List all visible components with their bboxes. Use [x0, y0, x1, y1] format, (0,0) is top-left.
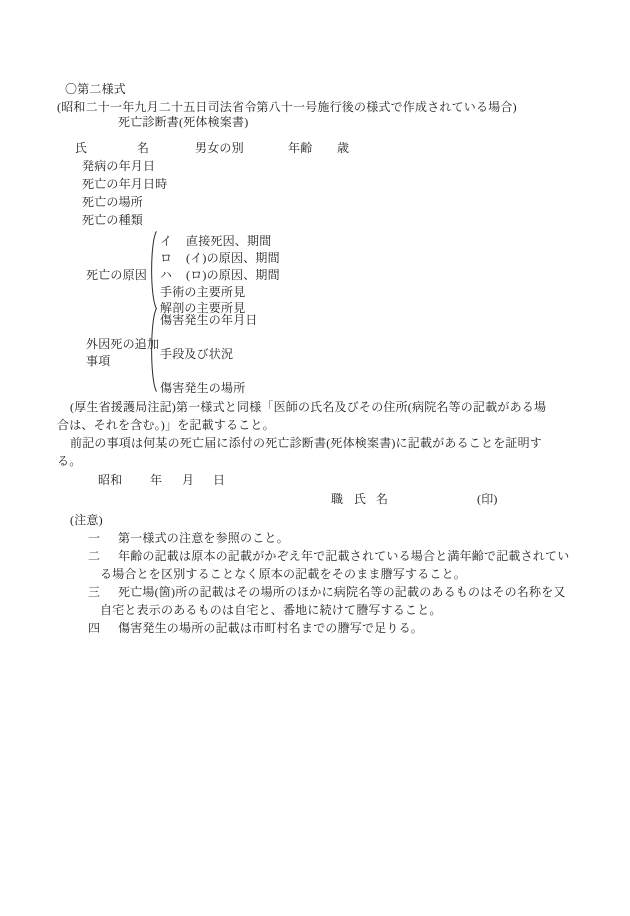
- cause-item-kana: イ: [160, 233, 186, 249]
- cause-item-direct: イ直接死因、期間: [160, 233, 271, 249]
- signature-given-name: 名: [376, 491, 388, 507]
- external-cause-label-line2: 事項: [86, 353, 110, 369]
- field-label-given-name: 名: [137, 140, 149, 156]
- notice-2-num: 二: [88, 548, 100, 564]
- cause-of-death-brace: [147, 231, 157, 309]
- date-day: 日: [213, 472, 225, 488]
- signature-occupation: 職: [331, 491, 343, 507]
- basis-note: (昭和二十一年九月二十五日司法省令第八十一号施行後の様式で作成されている場合): [57, 99, 517, 115]
- field-onset-date: 発病の年月日: [82, 158, 155, 174]
- cause-item-text: 直接死因、期間: [186, 234, 271, 248]
- notice-1-line1: 第一様式の注意を参照のこと。: [118, 530, 289, 546]
- cause-item-kana: ロ: [160, 250, 186, 266]
- external-cause-brace: [147, 308, 157, 392]
- cause-item-surgery-findings: 手術の主要所見: [160, 284, 245, 300]
- notice-4-line1: 傷害発生の場所の記載は市町村名までの謄写で足りる。: [118, 620, 423, 636]
- cause-item-antecedent-2: ハ(ロ)の原因、期間: [160, 267, 280, 283]
- notice-4-num: 四: [88, 620, 100, 636]
- signature-family-name: 氏: [354, 491, 366, 507]
- cause-item-text: (ロ)の原因、期間: [186, 268, 280, 282]
- notice-2-line2: る場合とを区別することなく原本の記載をそのまま謄写すること。: [100, 566, 466, 582]
- notice-3-line1: 死亡場(箇)所の記載はその場所のほかに病院名等の記載のあるものはその名称を又: [118, 584, 566, 600]
- notice-1-num: 一: [88, 530, 100, 546]
- document-title: 死亡診断書(死体検案書): [118, 114, 248, 130]
- external-item-injury-place: 傷害発生の場所: [160, 380, 245, 396]
- annotation-line2: 合は、それを含む。)」を記載すること。: [57, 417, 275, 433]
- document-page: 〇第二様式 (昭和二十一年九月二十五日司法省令第八十一号施行後の様式で作成されて…: [0, 0, 630, 916]
- external-item-means: 手段及び状況: [160, 346, 233, 362]
- certification-line2: る。: [57, 453, 81, 469]
- external-item-injury-date: 傷害発生の年月日: [160, 312, 258, 328]
- field-label-sex: 男女の別: [195, 140, 244, 156]
- certification-line1: 前記の事項は何某の死亡届に添付の死亡診断書(死体検案書)に記載があることを証明す: [70, 435, 542, 451]
- notice-heading: (注意): [70, 512, 103, 528]
- cause-item-text: (イ)の原因、期間: [186, 251, 280, 265]
- notice-2-line1: 年齢の記載は原本の記載がかぞえ年で記載されている場合と満年齢で記載されてい: [118, 548, 569, 564]
- annotation-line1: (厚生省援護局注記)第一様式と同様「医師の氏名及びその住所(病院名等の記載がある…: [70, 399, 546, 415]
- date-year: 年: [150, 472, 162, 488]
- notice-3-line2: 自宅と表示のあるものは自宅と、番地に続けて謄写すること。: [100, 602, 442, 618]
- cause-of-death-label: 死亡の原因: [86, 267, 147, 283]
- field-death-type: 死亡の種類: [82, 212, 143, 228]
- form-mark: 〇第二様式: [65, 81, 126, 97]
- field-label-family-name: 氏: [75, 140, 87, 156]
- date-era: 昭和: [98, 472, 122, 488]
- field-label-years-old: 歳: [337, 140, 349, 156]
- cause-item-antecedent-1: ロ(イ)の原因、期間: [160, 250, 280, 266]
- cause-item-kana: ハ: [160, 267, 186, 283]
- signature-seal-mark: (印): [477, 491, 498, 507]
- date-month: 月: [182, 472, 194, 488]
- notice-3-num: 三: [88, 584, 100, 600]
- field-label-age: 年齢: [288, 140, 312, 156]
- field-death-place: 死亡の場所: [82, 194, 143, 210]
- field-death-datetime: 死亡の年月日時: [82, 176, 167, 192]
